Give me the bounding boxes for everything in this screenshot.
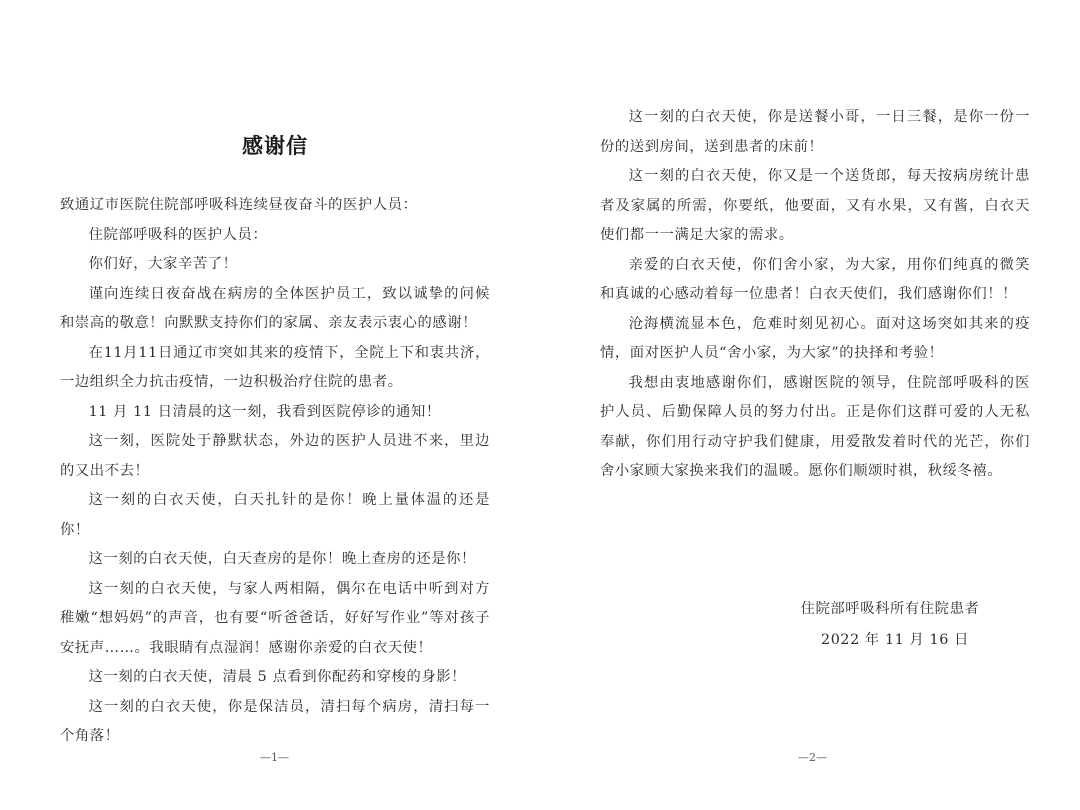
paragraph: 住院部呼吸科的医护人员： [60,221,490,251]
paragraph: 这一刻的白衣天使，你是保洁员，清扫每个病房，清扫每一个角落！ [60,693,490,752]
paragraph: 亲爱的白衣天使，你们舍小家，为大家，用你们纯真的微笑和真诚的心感动着每一位患者！… [600,251,1030,310]
page-number: —1— [260,751,289,764]
paragraph: 这一刻的白衣天使，清晨 5 点看到你配药和穿梭的身影！ [60,663,490,693]
paragraph: 这一刻的白衣天使，白天扎针的是你！晚上量体温的还是你！ [60,486,490,545]
signature-sender: 住院部呼吸科所有住院患者 [770,594,1010,625]
signature-block: 住院部呼吸科所有住院患者 2022 年 11 月 16 日 [770,594,1010,656]
paragraph: 这一刻的白衣天使，白天查房的是你！晚上查房的还是你！ [60,545,490,575]
paragraph: 沧海横流显本色，危难时刻见初心。面对这场突如其来的疫情，面对医护人员“舍小家，为… [600,310,1030,369]
paragraph: 11 月 11 日清晨的这一刻，我看到医院停诊的通知！ [60,398,490,428]
paragraph: 这一刻，医院处于静默状态，外边的医护人员进不来，里边的又出不去！ [60,427,490,486]
page-1: 感谢信 致通辽市医院住院部呼吸科连续昼夜奋斗的医护人员： 住院部呼吸科的医护人员… [60,0,490,810]
page-number: —2— [798,751,827,764]
page-2-body: 这一刻的白衣天使，你是送餐小哥，一日三餐，是你一份一份的送到房间，送到患者的床前… [600,103,1030,487]
salutation: 致通辽市医院住院部呼吸科连续昼夜奋斗的医护人员： [60,191,490,221]
paragraph: 你们好，大家辛苦了！ [60,250,490,280]
paragraph: 这一刻的白衣天使，你是送餐小哥，一日三餐，是你一份一份的送到房间，送到患者的床前… [600,103,1030,162]
paragraph: 这一刻的白衣天使，与家人两相隔，偶尔在电话中听到对方稚嫩“想妈妈”的声音，也有要… [60,575,490,664]
paragraph: 谨向连续日夜奋战在病房的全体医护员工，致以诚挚的问候和崇高的敬意！向默默支持你们… [60,280,490,339]
paragraph: 在11月11日通辽市突如其来的疫情下，全院上下和衷共济，一边组织全力抗击疫情，一… [60,339,490,398]
page-1-body: 致通辽市医院住院部呼吸科连续昼夜奋斗的医护人员： 住院部呼吸科的医护人员： 你们… [60,191,490,752]
signature-date: 2022 年 11 月 16 日 [770,625,1010,656]
paragraph: 我想由衷地感谢你们，感谢医院的领导，住院部呼吸科的医护人员、后勤保障人员的努力付… [600,369,1030,487]
paragraph: 这一刻的白衣天使，你又是一个送货郎，每天按病房统计患者及家属的所需，你要纸，他要… [600,162,1030,251]
letter-title: 感谢信 [60,130,490,160]
page-2: 这一刻的白衣天使，你是送餐小哥，一日三餐，是你一份一份的送到房间，送到患者的床前… [600,0,1030,810]
